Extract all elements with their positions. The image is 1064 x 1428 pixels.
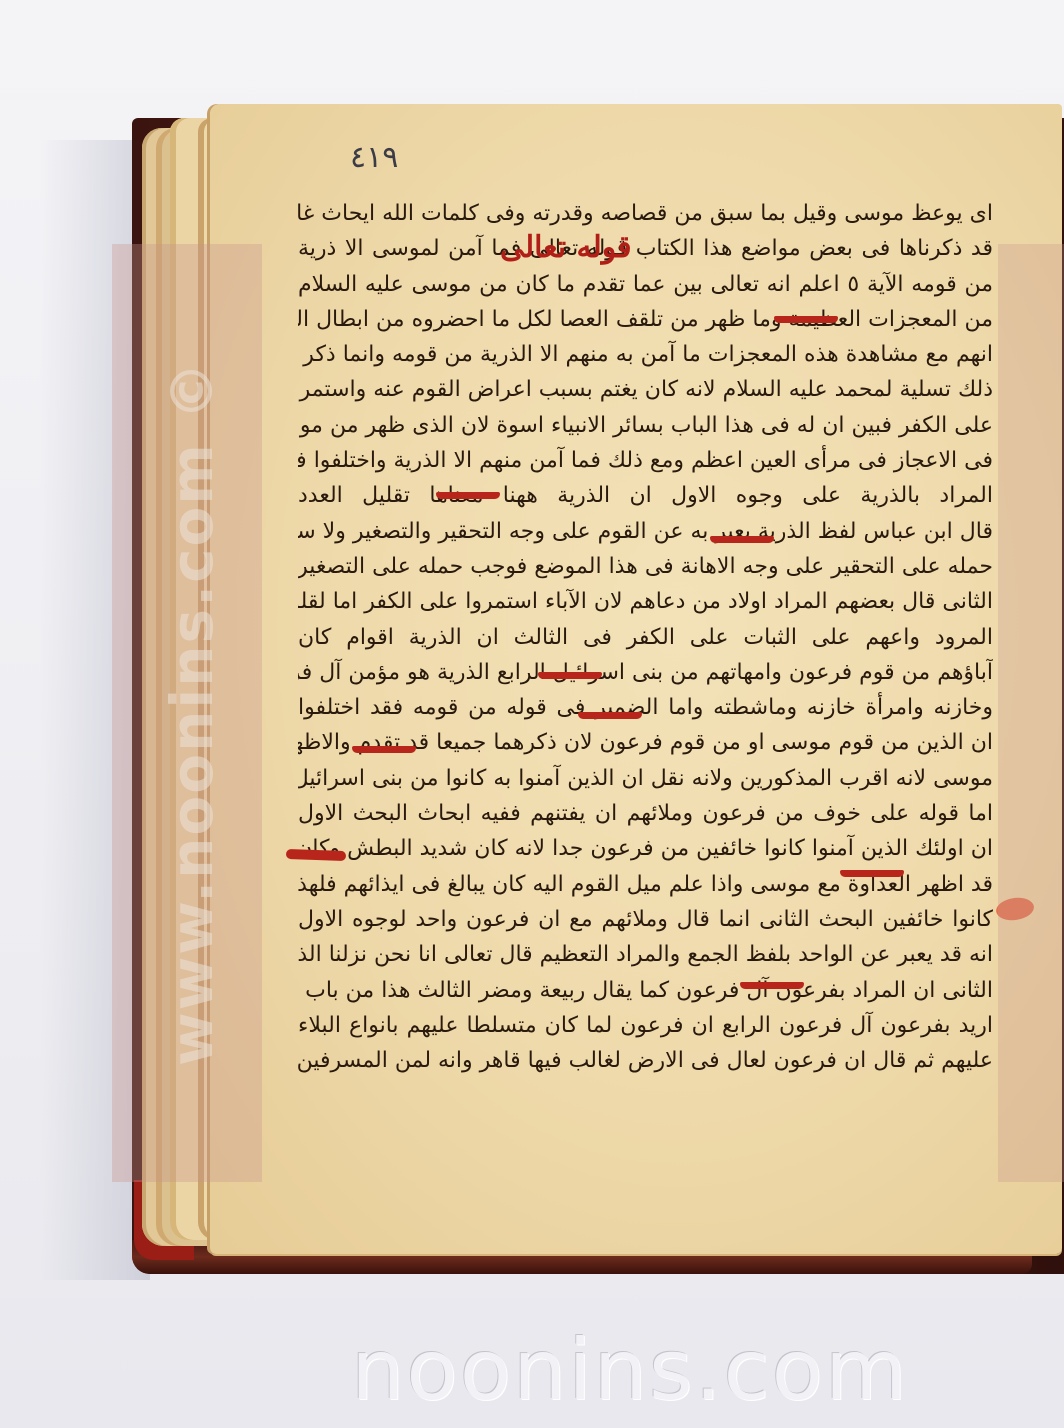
red-overline-mark: [710, 536, 774, 543]
red-overline-mark: [352, 746, 416, 753]
watermark-bottom: noonins.com: [300, 1322, 960, 1418]
text-segment: قد ذكرناها فى بعض مواضع هذا الكتاب قوله …: [298, 236, 993, 261]
text-line: المراد بالذرية على وجوه الاول ان الذرية …: [298, 478, 993, 513]
red-overline-mark: [436, 492, 500, 499]
text-line: انه قد يعبر عن الواحد بلفظ الجمع والمراد…: [298, 937, 993, 972]
manuscript-text-block: اى يوعظ موسى وقيل بما سبق من قصاصه وقدرت…: [298, 196, 993, 1078]
text-line: كانوا خائفين البحث الثانى انما قال وملائ…: [298, 902, 993, 937]
text-line: على الكفر فبين ان له فى هذا الباب بسائر …: [298, 408, 993, 443]
text-line: انهم مع مشاهدة هذه المعجزات ما آمن به من…: [298, 337, 993, 372]
watermark-band-right: [998, 244, 1064, 1182]
text-line: عليهم ثم قال ان فرعون لعال فى الارض لغال…: [298, 1043, 993, 1078]
red-overline-mark: [840, 870, 904, 877]
red-overline-mark: [578, 712, 642, 719]
text-line: من المعجزات العظيمة وما ظهر من تلقف العص…: [298, 302, 993, 337]
text-line: ذلك تسلية لمحمد عليه السلام لانه كان يغت…: [298, 372, 993, 407]
rubric-heading: قوله تعالى: [500, 230, 632, 265]
text-line: آباؤهم من قوم فرعون وامهاتهم من بنى اسرا…: [298, 655, 993, 690]
text-line: اما قوله على خوف من فرعون وملائهم ان يفت…: [298, 796, 993, 831]
text-line: الثانى قال بعضهم المراد اولاد من دعاهم ل…: [298, 584, 993, 619]
red-overline-mark: [740, 982, 804, 989]
red-overline-mark: [538, 672, 602, 679]
text-line-with-rubric: قد ذكرناها فى بعض مواضع هذا الكتاب قوله …: [298, 231, 993, 266]
text-line: حمله على التحقير على وجه الاهانة فى هذا …: [298, 549, 993, 584]
text-line: الثانى ان المراد بفرعون آل فرعون كما يقا…: [298, 973, 993, 1008]
text-line: ان الذين من قوم موسى او من قوم فرعون لان…: [298, 725, 993, 760]
text-line: قال ابن عباس لفظ الذرية يعبر به عن القوم…: [298, 514, 993, 549]
watermark-vertical: www.noonins.com ©: [158, 244, 218, 1182]
text-line: فى الاعجاز فى مرأى العين اعظم ومع ذلك فم…: [298, 443, 993, 478]
red-overline-mark: [774, 316, 838, 323]
text-line: موسى لانه اقرب المذكورين ولانه نقل ان ال…: [298, 761, 993, 796]
text-line: اريد بفرعون آل فرعون الرابع ان فرعون لما…: [298, 1008, 993, 1043]
margin-red-mark: [286, 849, 346, 861]
text-line: من قومه الآية ٥ اعلم انه تعالى بين عما ت…: [298, 267, 993, 302]
text-line: المرود واعهم على الثبات على الكفر فى الث…: [298, 620, 993, 655]
text-line: ان اولئك الذين آمنوا كانوا خائفين من فرع…: [298, 831, 993, 866]
text-line: اى يوعظ موسى وقيل بما سبق من قصاصه وقدرت…: [298, 196, 993, 231]
text-line: وخازنه وامرأة خازنه وماشطته واما الضمير …: [298, 690, 993, 725]
page-number: ٤١٩: [350, 140, 398, 175]
